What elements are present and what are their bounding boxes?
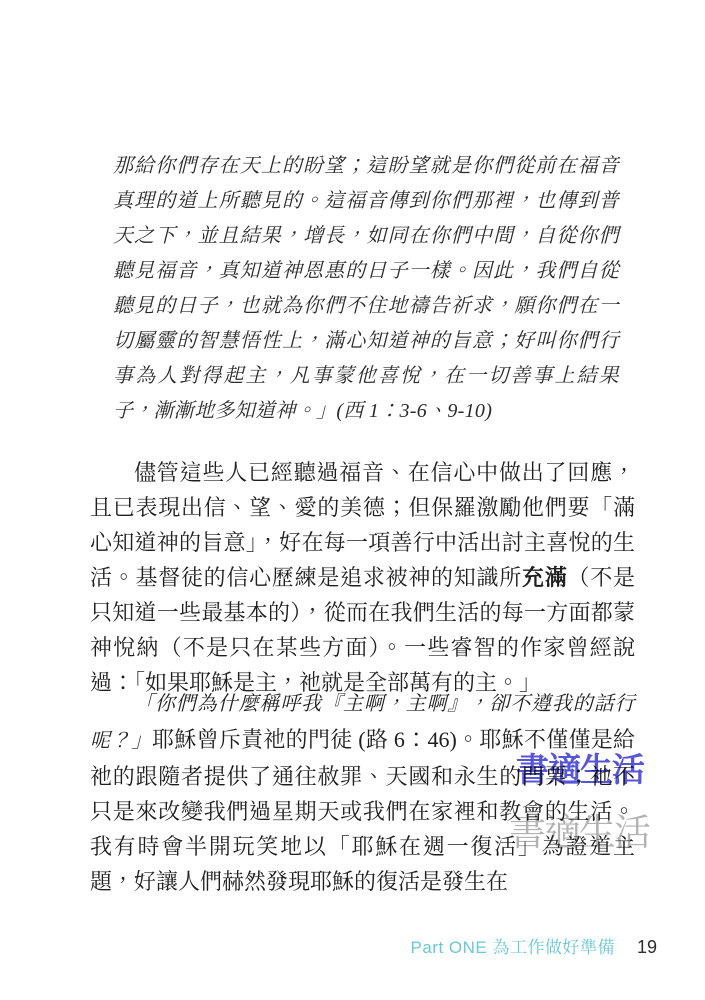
paragraph-faith-response: 儘管這些人已經聽過福音、在信心中做出了回應，且已表現出信、望、愛的美德；但保羅激… <box>90 455 635 700</box>
scripture-reference: (西 1：3-6、9-10) <box>336 400 492 422</box>
page-number: 19 <box>637 937 657 958</box>
book-page: 那給你們存在天上的盼望；這盼望就是你們從前在福音真理的道上所聽見的。這福音傳到你… <box>0 0 705 1000</box>
footer-part-title: Part ONE 為工作做好準備 <box>410 933 614 958</box>
scripture-quote-block: 那給你們存在天上的盼望；這盼望就是你們從前在福音真理的道上所聽見的。這福音傳到你… <box>113 149 619 429</box>
paragraph-lordship: 「你們為什麼稱呼我『主啊，主啊』，卻不遵我的話行呢？」耶穌曾斥責祂的門徒 (路 … <box>90 685 635 899</box>
page-footer: Part ONE 為工作做好準備 19 <box>410 933 657 958</box>
paragraph-1-bold-term: 充滿 <box>522 565 567 590</box>
footer-section-title: 為工作做好準備 <box>492 938 615 957</box>
paragraph-2-body-text: 耶穌曾斥責祂的門徒 (路 6：46)。耶穌不僅僅是給祂的跟隨者提供了通往赦罪、天… <box>90 727 635 894</box>
scripture-quote-text: 那給你們存在天上的盼望；這盼望就是你們從前在福音真理的道上所聽見的。這福音傳到你… <box>113 155 619 422</box>
footer-part-label: Part ONE <box>410 938 487 957</box>
